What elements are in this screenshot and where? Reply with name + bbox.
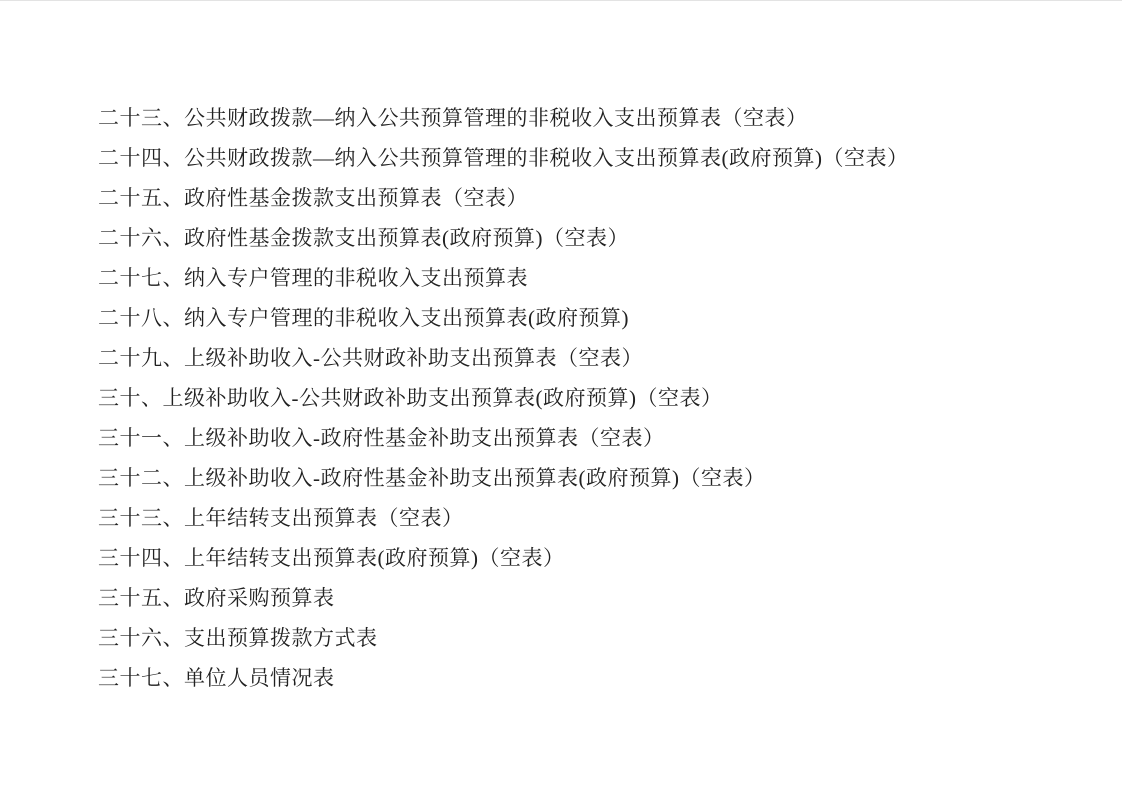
toc-line: 二十六、政府性基金拨款支出预算表(政府预算)（空表） [98,218,1082,258]
toc-line: 三十六、支出预算拨款方式表 [98,618,1082,658]
toc-line: 二十三、公共财政拨款—纳入公共预算管理的非税收入支出预算表（空表） [98,98,1082,138]
toc-line: 三十、上级补助收入-公共财政补助支出预算表(政府预算)（空表） [98,378,1082,418]
toc-line: 二十四、公共财政拨款—纳入公共预算管理的非税收入支出预算表(政府预算)（空表） [98,138,1082,178]
toc-line: 三十二、上级补助收入-政府性基金补助支出预算表(政府预算)（空表） [98,458,1082,498]
toc-line: 二十七、纳入专户管理的非税收入支出预算表 [98,258,1082,298]
document-page: 二十三、公共财政拨款—纳入公共预算管理的非税收入支出预算表（空表） 二十四、公共… [0,0,1122,793]
toc-line: 二十九、上级补助收入-公共财政补助支出预算表（空表） [98,338,1082,378]
toc-line: 三十三、上年结转支出预算表（空表） [98,498,1082,538]
toc-line: 二十五、政府性基金拨款支出预算表（空表） [98,178,1082,218]
toc-line: 三十七、单位人员情况表 [98,658,1082,698]
table-of-contents: 二十三、公共财政拨款—纳入公共预算管理的非税收入支出预算表（空表） 二十四、公共… [98,98,1082,698]
toc-line: 三十四、上年结转支出预算表(政府预算)（空表） [98,538,1082,578]
toc-line: 三十一、上级补助收入-政府性基金补助支出预算表（空表） [98,418,1082,458]
toc-line: 三十五、政府采购预算表 [98,578,1082,618]
toc-line: 二十八、纳入专户管理的非税收入支出预算表(政府预算) [98,298,1082,338]
